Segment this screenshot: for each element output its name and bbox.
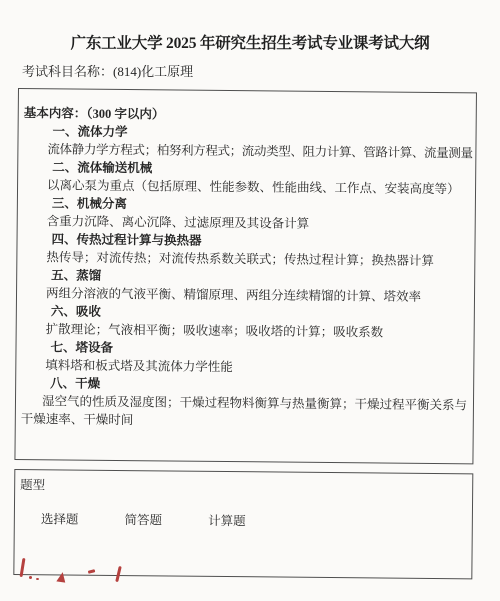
document-title: 广东工业大学 2025 年研究生招生考试专业课考试大纲 (0, 31, 500, 53)
basic-content-box: 基本内容：（300 字以内） 一、流体力学 流体静力学方程式；柏努利方程式；流动… (14, 88, 477, 464)
question-types-box: 题型 选择题 简答题 计算题 (13, 469, 473, 579)
section-8-body: 湿空气的性质及湿度图；干燥过程物料衡算与热量衡算；干燥过程平衡关系与干燥速率、干… (21, 392, 471, 432)
question-types-row: 选择题 简答题 计算题 (20, 509, 472, 531)
form-tables: 基本内容：（300 字以内） 一、流体力学 流体静力学方程式；柏努利方程式；流动… (13, 88, 477, 579)
red-pen-dot (29, 576, 32, 579)
red-pen-dot (36, 578, 39, 580)
question-type-calculation: 计算题 (208, 511, 246, 529)
question-types-label: 题型 (20, 476, 472, 498)
exam-subject-line: 考试科目名称：(814)化工原理 (22, 61, 193, 80)
scanned-document-page: 广东工业大学 2025 年研究生招生考试专业课考试大纲 考试科目名称：(814)… (0, 0, 500, 601)
question-type-short-answer: 简答题 (124, 510, 162, 528)
red-pen-triangle-mark (56, 571, 66, 582)
question-type-multiple-choice: 选择题 (41, 509, 79, 527)
